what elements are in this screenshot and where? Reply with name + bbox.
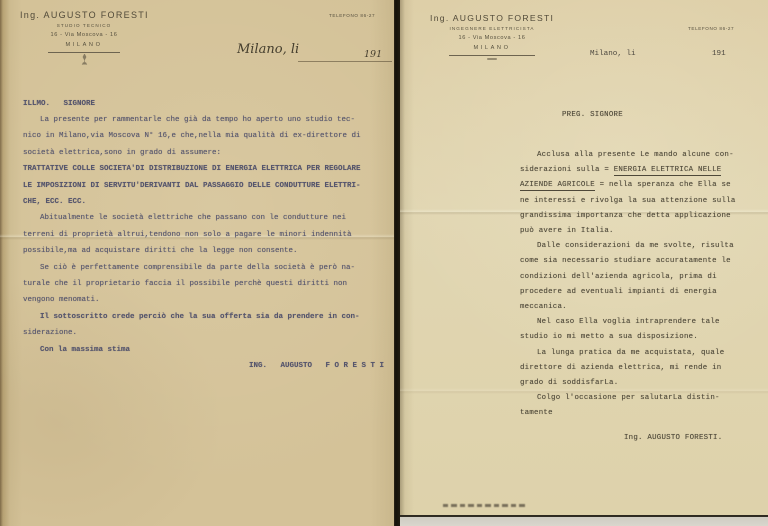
text-segment: siderazione. <box>23 329 77 337</box>
letterhead-name: Ing. AUGUSTO FORESTI <box>430 13 554 23</box>
letter-line: TRATTATIVE COLLE SOCIETA'DI DISTRIBUZION… <box>23 161 391 177</box>
text-segment: meccanica. <box>520 303 567 311</box>
date-city-typed: Milano, li <box>590 50 636 58</box>
text-segment: = nella speranza che Ella se <box>595 181 731 189</box>
letter-line: condizioni dell'azienda agricola, prima … <box>520 270 748 285</box>
right-letter-body: Acclusa alla presente Le mando alcune co… <box>520 148 748 422</box>
telephone-label: TELEFONO 86-27 <box>329 13 375 18</box>
text-segment: La lunga pratica da me acquistata, quale <box>537 349 724 357</box>
date-year: 191 <box>712 50 726 58</box>
text-segment: CHE, ECC. ECC. <box>23 198 86 206</box>
text-segment: grandissima importanza che detta applica… <box>520 212 731 220</box>
text-segment: grado di soddisfarLa. <box>520 379 618 387</box>
letter-line: grado di soddisfarLa. <box>520 376 748 391</box>
letterhead-subtitle: INGEGNERE ELETTRICISTA <box>430 26 554 31</box>
text-segment: Abitualmente le società elettriche che p… <box>40 214 346 222</box>
letter-line: Nel caso Ella voglia intraprendere tale <box>520 315 748 330</box>
text-segment: Se ciò è perfettamente comprensibile da … <box>40 264 355 272</box>
text-segment: ne interessi e rivolga la sua attenzione… <box>520 197 736 205</box>
date-city-script: Milano, li <box>237 42 299 57</box>
letter-line: Con la massima stima <box>23 342 391 358</box>
letter-line: nico in Milano,via Moscova N° 16,e che,n… <box>23 128 391 144</box>
signature: Ing. AUGUSTO FORESTI. <box>624 431 722 446</box>
letterhead-city: MILANO <box>20 42 148 48</box>
letterhead-address: 16 - Via Moscova - 16 <box>20 32 148 38</box>
text-segment: procedere ad eventuali impianti di energ… <box>520 288 717 296</box>
letterhead-name: Ing. AUGUSTO FORESTI <box>20 10 148 20</box>
letter-line: possibile,ma ad acquistare diritti che l… <box>23 243 391 259</box>
text-segment: possibile,ma ad acquistare diritti che l… <box>23 247 298 255</box>
letter-line: La presente per rammentarle che già da t… <box>23 112 391 128</box>
date-year: 191 <box>364 49 382 60</box>
letter-line: come sia necessario studiare accuratamen… <box>520 254 748 269</box>
letter-line: AZIENDE AGRICOLE = nella speranza che El… <box>520 178 748 193</box>
printer-imprint <box>443 504 525 507</box>
letter-line: Abitualmente le società elettriche che p… <box>23 210 391 226</box>
text-segment: La presente per rammentarle che già da t… <box>40 116 355 124</box>
letter-line: Colgo l'occasione per salutarLa distin- <box>520 391 748 406</box>
letterhead-micro-mark <box>487 58 497 60</box>
letter-line: può avere in Italia. <box>520 224 748 239</box>
left-letter-body: La presente per rammentarle che già da t… <box>23 112 391 375</box>
page-gap-shadow <box>393 0 400 526</box>
letter-line: siderazioni sulla = ENERGIA ELETTRICA NE… <box>520 163 748 178</box>
text-segment: vengono menomati. <box>23 296 100 304</box>
text-segment: turale che il proprietario faccia il pos… <box>23 280 347 288</box>
letterhead-subtitle: STUDIO TECNICO <box>20 23 148 28</box>
text-segment: condizioni dell'azienda agricola, prima … <box>520 273 717 281</box>
letterhead-address: 16 - Via Moscova - 16 <box>430 35 554 41</box>
text-segment: Il sottoscritto crede perciò che la sua … <box>40 313 360 321</box>
letter-line: LE IMPOSIZIONI DI SERVITU'DERIVANTI DAL … <box>23 178 391 194</box>
text-segment: studio io mi metto a sua disposizione. <box>520 333 698 341</box>
letter-line: siderazione. <box>23 325 391 341</box>
letter-line: studio io mi metto a sua disposizione. <box>520 330 748 345</box>
letterhead-city: MILANO <box>430 45 554 51</box>
text-segment: siderazioni sulla = <box>520 166 614 174</box>
letter-line: grandissima importanza che detta applica… <box>520 209 748 224</box>
text-segment: direttore di azienda elettrica, mi rende… <box>520 364 721 372</box>
date-rule <box>298 61 392 62</box>
letter-line: società elettrica,sono in grado di assum… <box>23 145 391 161</box>
letter-line: CHE, ECC. ECC. <box>23 194 391 210</box>
salutation: PREG. SIGNORE <box>562 108 623 123</box>
letter-line: vengono menomati. <box>23 292 391 308</box>
text-segment: Dalle considerazioni da me svolte, risul… <box>537 242 734 250</box>
letter-line: ING. AUGUSTO F O R E S T I <box>23 358 391 374</box>
text-segment: TRATTATIVE COLLE SOCIETA'DI DISTRIBUZION… <box>23 165 361 173</box>
text-segment: nico in Milano,via Moscova N° 16,e che,n… <box>23 132 361 140</box>
letter-line: Dalle considerazioni da me svolte, risul… <box>520 239 748 254</box>
letter-line: direttore di azienda elettrica, mi rende… <box>520 361 748 376</box>
text-segment: Con la massima stima <box>40 346 130 354</box>
right-letter-page: Ing. AUGUSTO FORESTI INGEGNERE ELETTRICI… <box>400 0 768 515</box>
text-segment: come sia necessario studiare accuratamen… <box>520 257 731 265</box>
letter-line: ne interessi e rivolga la sua attenzione… <box>520 194 748 209</box>
underlined-text: AZIENDE AGRICOLE <box>520 181 595 191</box>
letterhead-rule <box>48 52 120 53</box>
text-segment: ING. AUGUSTO F O R E S T I <box>249 362 384 370</box>
letter-line: tamente <box>520 406 748 421</box>
left-letter-page: Ing. AUGUSTO FORESTI STUDIO TECNICO 16 -… <box>0 0 394 526</box>
text-segment: LE IMPOSIZIONI DI SERVITU'DERIVANTI DAL … <box>23 182 361 190</box>
letter-line: meccanica. <box>520 300 748 315</box>
letter-line: procedere ad eventuali impianti di energ… <box>520 285 748 300</box>
letter-line: Il sottoscritto crede perciò che la sua … <box>23 309 391 325</box>
telephone-label: TELEFONO 86-27 <box>688 26 734 31</box>
letter-line: Se ciò è perfettamente comprensibile da … <box>23 260 391 276</box>
underlined-text: ENERGIA ELETTRICA NELLE <box>614 166 722 176</box>
letterhead-rule <box>449 55 535 56</box>
text-segment: terreni di proprietà altrui,tendono non … <box>23 231 352 239</box>
salutation: ILLMO. SIGNORE <box>23 96 95 112</box>
text-segment: può avere in Italia. <box>520 227 614 235</box>
letter-line: turale che il proprietario faccia il pos… <box>23 276 391 292</box>
letter-line: La lunga pratica da me acquistata, quale <box>520 346 748 361</box>
text-segment: Acclusa alla presente Le mando alcune co… <box>537 151 734 159</box>
right-letterhead: Ing. AUGUSTO FORESTI INGEGNERE ELETTRICI… <box>430 13 554 60</box>
text-segment: Nel caso Ella voglia intraprendere tale <box>537 318 720 326</box>
text-segment: tamente <box>520 409 553 417</box>
letterhead-ornament-icon <box>80 54 89 65</box>
letter-line: Acclusa alla presente Le mando alcune co… <box>520 148 748 163</box>
left-letterhead: Ing. AUGUSTO FORESTI STUDIO TECNICO 16 -… <box>20 10 148 65</box>
text-segment: Colgo l'occasione per salutarLa distin- <box>537 394 720 402</box>
text-segment: società elettrica,sono in grado di assum… <box>23 149 221 157</box>
letter-line: terreni di proprietà altrui,tendono non … <box>23 227 391 243</box>
